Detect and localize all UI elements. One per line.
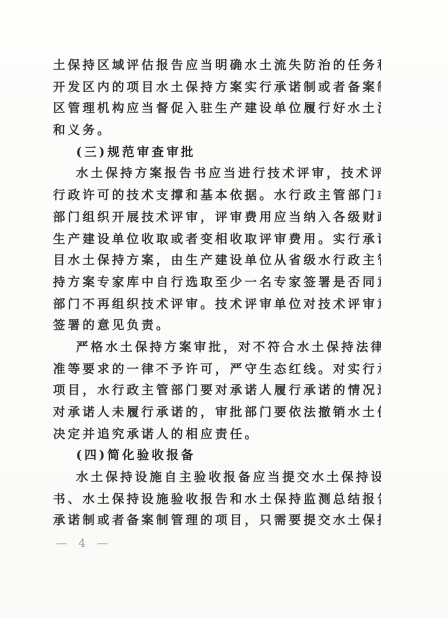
text-line: 承诺制或者备案制管理的项目，只需要提交水土保持设施验收鉴 — [53, 510, 381, 532]
text-line: 持方案专家库中自行选取至少一名专家签署是否同意意见，审批 — [53, 272, 381, 294]
text-line: 和义务。 — [53, 120, 381, 142]
page-number: — 4 — — [56, 537, 112, 550]
section-heading: (三)规范审查审批 — [53, 142, 381, 164]
text-line: 部门组织开展技术评审，评审费用应当纳入各级财政预算，禁止向 — [53, 207, 381, 229]
text-line: 严格水土保持方案审批，对不符合水土保持法律法规、技术标 — [53, 337, 381, 359]
text-line: 项目，水行政主管部门要对承诺人履行承诺的情况进行跟踪检查， — [53, 380, 381, 402]
document-body: 土保持区域评估报告应当明确水土流失防治的任务和责任主体。开发区内的项目水土保持方… — [53, 55, 381, 532]
text-line: 对承诺人未履行承诺的，审批部门要依法撤销水土保持行政审批 — [53, 402, 381, 424]
text-line: 准等要求的一律不予许可，严守生态红线。对实行承诺制管理的 — [53, 359, 381, 381]
text-line: 土保持区域评估报告应当明确水土流失防治的任务和责任主体。 — [53, 55, 381, 77]
text-line: 行政许可的技术支撑和基本依据。水行政主管部门或者其他审批 — [53, 185, 381, 207]
text-line: 区管理机构应当督促入驻生产建设单位履行好水土流失防治责任 — [53, 98, 381, 120]
text-line: 部门不再组织技术评审。技术评审单位对技术评审意见、专家对 — [53, 294, 381, 316]
text-line: 生产建设单位收取或者变相收取评审费用。实行承诺制管理的项 — [53, 229, 381, 251]
section-heading: (四)简化验收报备 — [53, 445, 381, 467]
text-line: 水土保持设施自主验收报备应当提交水土保持设施验收鉴定 — [53, 467, 381, 489]
text-line: 开发区内的项目水土保持方案实行承诺制或者备案制管理。开发 — [53, 77, 381, 99]
text-line: 目水土保持方案，由生产建设单位从省级水行政主管部门水土保 — [53, 250, 381, 272]
text-line: 水土保持方案报告书应当进行技术评审，技术评审意见作为 — [53, 163, 381, 185]
text-line: 签署的意见负责。 — [53, 315, 381, 337]
text-line: 决定并追究承诺人的相应责任。 — [53, 424, 381, 446]
document-page: 土保持区域评估报告应当明确水土流失防治的任务和责任主体。开发区内的项目水土保持方… — [0, 0, 448, 619]
text-line: 书、水土保持设施验收报告和水土保持监测总结报告。其中，实行 — [53, 489, 381, 511]
